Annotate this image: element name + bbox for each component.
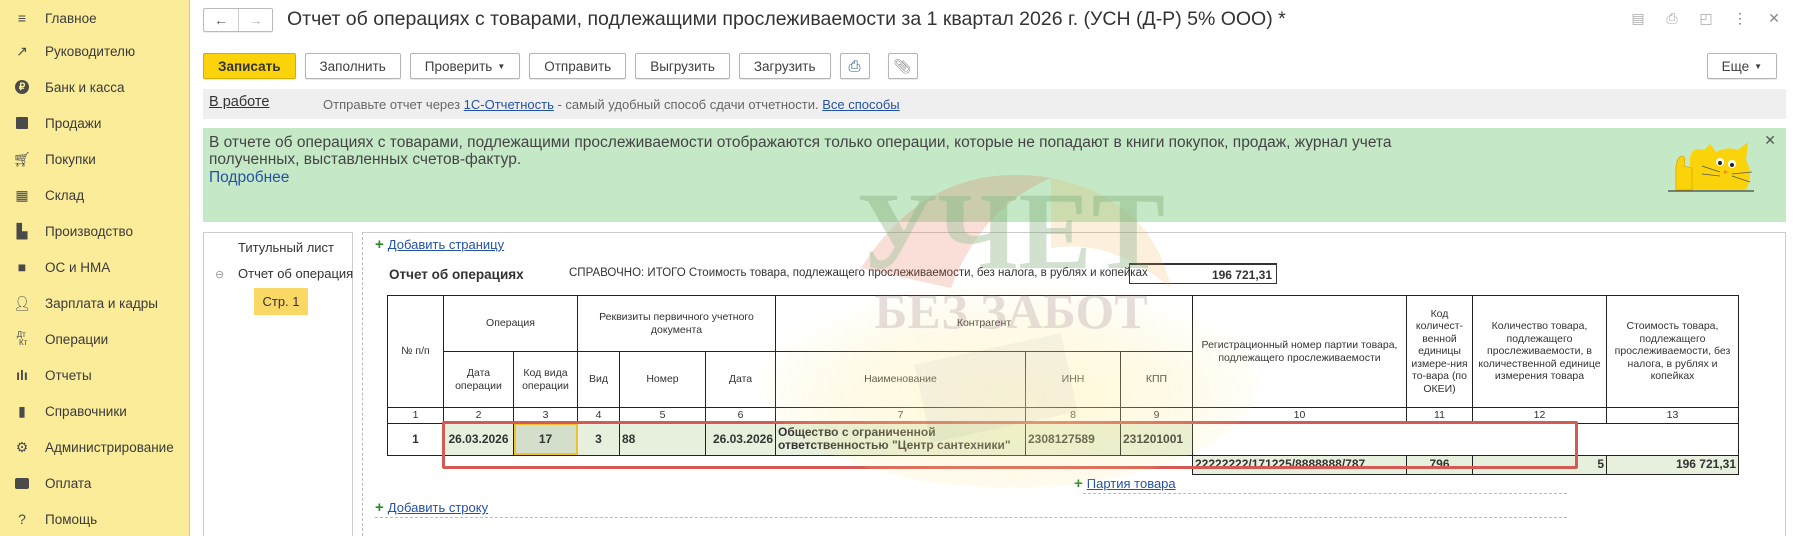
header-cp-kpp: КПП [1121, 352, 1193, 408]
cell-doc-date[interactable]: 26.03.2026 [706, 423, 776, 455]
report-sheet: +Добавить страницу Отчет об операциях СП… [362, 232, 1786, 536]
preview-icon[interactable]: ◰ [1696, 10, 1716, 27]
add-row-label: Добавить строку [388, 500, 488, 515]
cell-doc-num[interactable]: 88 [620, 423, 706, 455]
header-cost: Стоимость товара, подлежащего прослежива… [1607, 296, 1739, 408]
books-icon: ▮ [11, 403, 33, 420]
person-icon: 👤︎ [11, 295, 33, 312]
operations-table: № п/п Операция Реквизиты первичного учет… [387, 295, 1739, 475]
sidebar-item-manager[interactable]: ↗Руководителю [0, 33, 190, 69]
print-icon[interactable]: ⎙ [1662, 10, 1682, 27]
cell-cp-kpp[interactable]: 231201001 [1121, 423, 1193, 455]
info-banner-text: В отчете об операциях с товарами, подлеж… [209, 134, 1409, 186]
status-link[interactable]: В работе [209, 94, 269, 110]
more-vert-icon[interactable]: ⋮ [1730, 10, 1750, 27]
printer-icon: ⎙ [849, 58, 861, 75]
sidebar-item-catalogs[interactable]: ▮Справочники [0, 393, 190, 429]
divider [375, 517, 1567, 518]
main-area: ← → Отчет об операциях с товарами, подле… [191, 0, 1798, 536]
sidebar-item-purchases[interactable]: 🛒︎Покупки [0, 141, 190, 177]
status-text-after: - самый удобный способ сдачи отчетности. [554, 97, 822, 112]
toolbar: Записать Заполнить Проверить▼ Отправить … [203, 53, 936, 79]
warehouse-icon: ▦ [11, 187, 33, 204]
col-number: 6 [706, 408, 776, 424]
col-number: 2 [444, 408, 514, 424]
1c-reporting-link[interactable]: 1С-Отчетность [464, 97, 554, 112]
sidebar-item-warehouse[interactable]: ▦Склад [0, 177, 190, 213]
divider [1083, 493, 1567, 494]
more-button[interactable]: Еще▼ [1707, 53, 1777, 79]
all-methods-link[interactable]: Все способы [822, 97, 899, 112]
header-cp-name: Наименование [776, 352, 1026, 408]
collapse-icon[interactable]: ⊖ [215, 268, 224, 281]
col-number: 5 [620, 408, 706, 424]
history-nav: ← → [203, 8, 273, 32]
wallet-icon [11, 478, 33, 489]
plus-icon: + [375, 499, 384, 516]
cell-op-date[interactable]: 26.03.2026 [444, 423, 514, 455]
sidebar-item-reports[interactable]: ılıОтчеты [0, 357, 190, 393]
batch-row: 22222222/171225/8888888/787 796 5 196 72… [388, 455, 1739, 474]
gear-icon: ⚙ [11, 439, 33, 456]
cell-op-code[interactable]: 17 [514, 423, 578, 455]
export-button[interactable]: Выгрузить [635, 53, 730, 79]
cell-qty[interactable]: 5 [1473, 455, 1607, 474]
check-label: Проверить [425, 59, 493, 74]
header-document: Реквизиты первичного учетного документа [578, 296, 776, 352]
notice-message: В отчете об операциях с товарами, подлеж… [209, 134, 1391, 168]
import-button[interactable]: Загрузить [739, 53, 831, 79]
paperclip-icon: 📎︎ [894, 58, 912, 75]
cell-cp-name[interactable]: Общество с ограниченной ответственностью… [776, 423, 1026, 455]
dt-kt-icon: Дт Кт [11, 331, 33, 347]
header-cp-inn: ИНН [1026, 352, 1121, 408]
attach-button[interactable]: 📎︎ [888, 53, 918, 79]
col-number: 10 [1193, 408, 1407, 424]
header-doc-num: Номер [620, 352, 706, 408]
chevron-down-icon: ▼ [1754, 62, 1762, 71]
tree-item-title-page[interactable]: Титульный лист [238, 240, 334, 255]
add-page-label: Добавить страницу [388, 237, 504, 252]
batch-group-cell [1193, 423, 1739, 455]
window-controls: ▤ ⎙ ◰ ⋮ ✕ [1628, 10, 1784, 27]
status-bar: В работе Отправьте отчет через 1С-Отчетн… [203, 89, 1786, 119]
info-banner: В отчете об операциях с товарами, подлеж… [203, 128, 1786, 222]
cell-batch[interactable]: 22222222/171225/8888888/787 [1193, 455, 1407, 474]
more-info-link[interactable]: Подробнее [209, 169, 1409, 186]
sidebar-item-payment[interactable]: Оплата [0, 465, 190, 501]
back-button[interactable]: ← [204, 9, 238, 31]
sidebar-item-bank[interactable]: ₽Банк и касса [0, 69, 190, 105]
question-icon: ? [11, 511, 33, 527]
cell-num: 1 [388, 423, 444, 455]
sidebar-item-production[interactable]: ▙Производство [0, 213, 190, 249]
sidebar-item-main[interactable]: ≡Главное [0, 0, 190, 36]
save-button[interactable]: Записать [203, 53, 296, 79]
truck-icon: ■ [11, 259, 33, 275]
sheet-title: Отчет об операциях [389, 267, 524, 282]
sidebar-item-sales[interactable]: Продажи [0, 105, 190, 141]
save-icon[interactable]: ▤ [1628, 10, 1648, 27]
sidebar: ≡Главное ↗Руководителю ₽Банк и касса Про… [0, 0, 190, 536]
reference-label: СПРАВОЧНО: ИТОГО Стоимость товара, подле… [569, 267, 1148, 279]
header-counterparty: Контрагент [776, 296, 1193, 352]
sidebar-item-admin[interactable]: ⚙Администрирование [0, 429, 190, 465]
col-number: 3 [514, 408, 578, 424]
bag-icon [11, 117, 33, 129]
tree-item-page-1[interactable]: Стр. 1 [254, 288, 308, 315]
col-number: 12 [1473, 408, 1607, 424]
sidebar-item-salary[interactable]: 👤︎Зарплата и кадры [0, 285, 190, 321]
col-number: 1 [388, 408, 444, 424]
factory-icon: ▙ [11, 223, 33, 240]
chevron-down-icon: ▼ [497, 62, 505, 71]
reference-total-field[interactable]: 196 721,31 [1129, 263, 1277, 284]
check-button[interactable]: Проверить▼ [410, 53, 520, 79]
tree-item-operations-report[interactable]: Отчет об операция [238, 266, 353, 281]
report-sections-tree: Титульный лист ⊖ Отчет об операция Стр. … [203, 232, 353, 536]
cart-icon: 🛒︎ [11, 151, 33, 168]
print-button[interactable]: ⎙ [840, 53, 870, 79]
add-row-button[interactable]: +Добавить строку [375, 499, 488, 516]
col-number: 8 [1026, 408, 1121, 424]
bar-chart-icon: ılı [11, 367, 33, 383]
spacer [388, 455, 1193, 474]
cell-doc-type[interactable]: 3 [578, 423, 620, 455]
header-doc-date: Дата [706, 352, 776, 408]
send-button[interactable]: Отправить [529, 53, 626, 79]
forward-button[interactable]: → [238, 9, 272, 31]
trend-icon: ↗ [11, 43, 33, 60]
close-icon[interactable]: ✕ [1764, 10, 1784, 27]
more-label: Еще [1722, 59, 1749, 74]
close-banner-button[interactable]: ✕ [1764, 132, 1776, 149]
sidebar-item-help[interactable]: ?Помощь [0, 501, 190, 536]
sidebar-item-assets[interactable]: ■ОС и НМА [0, 249, 190, 285]
column-numbers-row: 1 2 3 4 5 6 7 8 9 10 11 12 13 [388, 408, 1739, 424]
col-number: 11 [1407, 408, 1473, 424]
status-message: Отправьте отчет через 1С-Отчетность - са… [323, 97, 900, 112]
col-number: 4 [578, 408, 620, 424]
sidebar-item-operations[interactable]: Дт КтОперации [0, 321, 190, 357]
add-batch-button[interactable]: +Партия товара [1074, 475, 1176, 492]
header-doc-type: Вид [578, 352, 620, 408]
col-number: 9 [1121, 408, 1193, 424]
header-operation: Операция [444, 296, 578, 352]
cell-okei[interactable]: 796 [1407, 455, 1473, 474]
header-op-code: Код вида операции [514, 352, 578, 408]
plus-icon: + [1074, 475, 1083, 492]
header-okei: Код количест-венной единицы измере-ния т… [1407, 296, 1473, 408]
page-title: Отчет об операциях с товарами, подлежащи… [287, 8, 1286, 31]
fill-button[interactable]: Заполнить [305, 53, 401, 79]
col-number: 13 [1607, 408, 1739, 424]
ruble-icon: ₽ [11, 80, 33, 94]
menu-icon: ≡ [11, 10, 33, 26]
header-batch: Регистрационный номер партии товара, под… [1193, 296, 1407, 408]
table-row: 1 26.03.2026 17 3 88 26.03.2026 Общество… [388, 423, 1739, 455]
cell-cost[interactable]: 196 721,31 [1607, 455, 1739, 474]
cell-cp-inn[interactable]: 2308127589 [1026, 423, 1121, 455]
header-num: № п/п [388, 296, 444, 408]
plus-icon: + [375, 236, 384, 253]
cat-mascot-icon [1662, 140, 1758, 194]
status-text-before: Отправьте отчет через [323, 97, 464, 112]
header-qty: Количество товара, подлежащего прослежив… [1473, 296, 1607, 408]
col-number: 7 [776, 408, 1026, 424]
add-batch-label: Партия товара [1087, 476, 1176, 491]
header-op-date: Дата операции [444, 352, 514, 408]
add-page-button[interactable]: +Добавить страницу [375, 236, 504, 253]
